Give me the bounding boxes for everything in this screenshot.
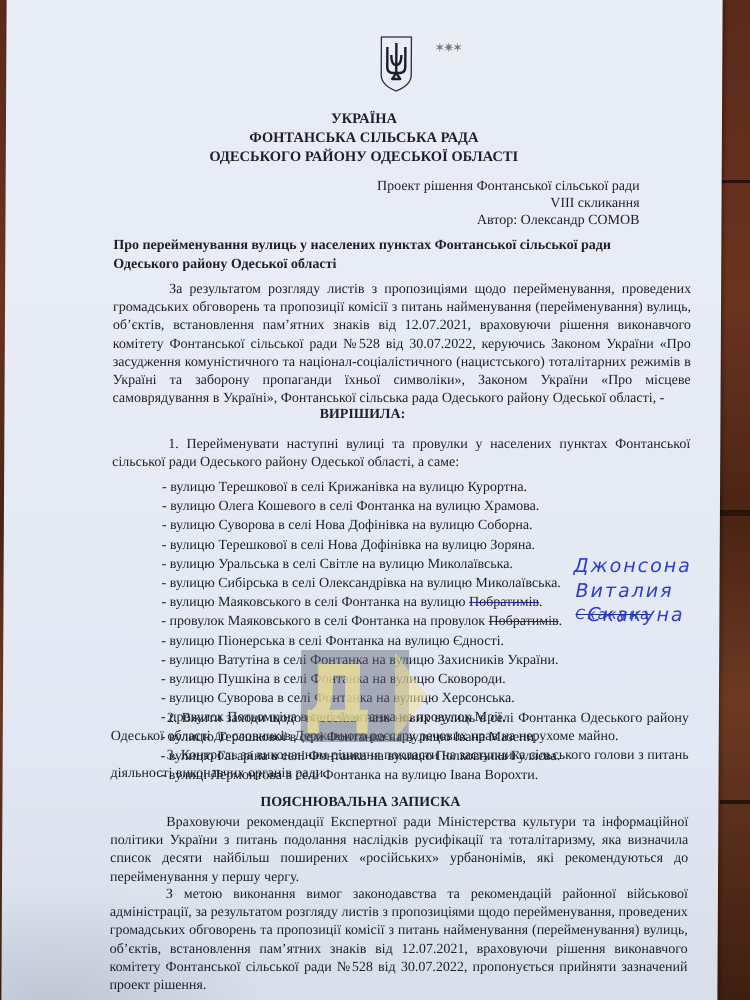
rename-text: - вулицю Сибірська в селі Олександрівка … (162, 576, 561, 591)
preamble: За результатом розгляду листів з пропози… (112, 281, 691, 408)
decision-item-1: 1. Перейменувати наступні вулиці та пров… (112, 436, 690, 472)
district-name: ОДЕСЬКОГО РАЙОНУ ОДЕСЬКОЇ ОБЛАСТІ (6, 148, 722, 167)
council-name: ФОНТАНСЬКА СІЛЬСЬКА РАДА (6, 129, 722, 148)
note-paragraph-2: З метою виконання вимог законодавства та… (109, 886, 688, 995)
document-header: УКРАЇНА ФОНТАНСЬКА СІЛЬСЬКА РАДА ОДЕСЬКО… (6, 110, 722, 167)
rename-text: - провулок Маяковського в селі Фонтанка … (161, 614, 488, 629)
rename-text: - вулицю Терешкової в селі Нова Дофінівк… (162, 538, 535, 553)
rename-item: - провулок Маяковського в селі Фонтанка … (161, 612, 562, 631)
draft-label: Проект рішення Фонтанської сільської рад… (377, 178, 640, 195)
rename-text: - вулицю Піонерська в селі Фонтанка на в… (161, 634, 504, 649)
watermark-letter: Д (303, 650, 363, 740)
note-paragraph-1: Враховуючи рекомендації Експертної ради … (110, 814, 688, 887)
struck-street-name: Побратимів (469, 595, 539, 610)
rename-text: - вулицю Уральська в селі Світле на вули… (162, 557, 513, 572)
rename-text: - вулицю Олега Кошевого в селі Фонтанка … (162, 499, 539, 514)
country-name: УКРАЇНА (6, 110, 722, 129)
table-edge (720, 800, 750, 804)
document-title: Про перейменування вулиць у населених пу… (113, 236, 673, 274)
rename-item: - вулицю Терешкової в селі Нова Дофінівк… (162, 536, 563, 555)
rename-item: - вулицю Олега Кошевого в селі Фонтанка … (162, 497, 563, 516)
rename-item: - вулицю Уральська в селі Світле на вули… (162, 555, 563, 574)
decision-item-3: 3. Контроль за виконанням рішення поклас… (111, 747, 689, 783)
document-meta: Проект рішення Фонтанської сільської рад… (377, 178, 640, 229)
handwritten-note-line1: Джонсона (574, 555, 692, 577)
rename-tail: . (559, 614, 563, 629)
decision-heading: ВИРІШИЛА: (4, 407, 720, 423)
note-heading: ПОЯСНЮВАЛЬНА ЗАПИСКА (2, 795, 718, 811)
trident-emblem-icon (379, 35, 413, 93)
rename-text: - вулицю Суворова в селі Нова Дофінівка … (162, 518, 533, 533)
rename-text: - вулицю Маяковського в селі Фонтанка на… (161, 595, 469, 610)
rename-item: - вулицю Терешкової в селі Крижанівка на… (162, 478, 563, 497)
table-edge (720, 510, 750, 516)
rename-text: - вулицю Терешкової в селі Крижанівка на… (162, 480, 527, 495)
document-page: ✶✷✶ УКРАЇНА ФОНТАНСЬКА СІЛЬСЬКА РАДА ОДЕ… (1, 0, 722, 1000)
handwritten-word: Виталия (575, 580, 673, 602)
struck-street-name: Побратимів (489, 614, 559, 629)
handwritten-note-line3: Скакуна (587, 604, 684, 626)
rename-item: - вулицю Піонерська в селі Фонтанка на в… (161, 632, 562, 651)
table-edge (720, 180, 750, 183)
author-label: Автор: Олександр СОМОВ (377, 212, 640, 229)
rename-item: - вулицю Сибірська в селі Олександрівка … (162, 574, 563, 593)
rename-item: - вулицю Суворова в селі Нова Дофінівка … (162, 516, 563, 535)
rename-item: - вулицю Маяковського в селі Фонтанка на… (161, 593, 562, 612)
ink-stain: ✶✷✶ (434, 40, 461, 56)
chevron-right-icon (395, 652, 427, 740)
convocation-label: VIII скликання (377, 195, 640, 212)
rename-tail: . (539, 595, 543, 610)
